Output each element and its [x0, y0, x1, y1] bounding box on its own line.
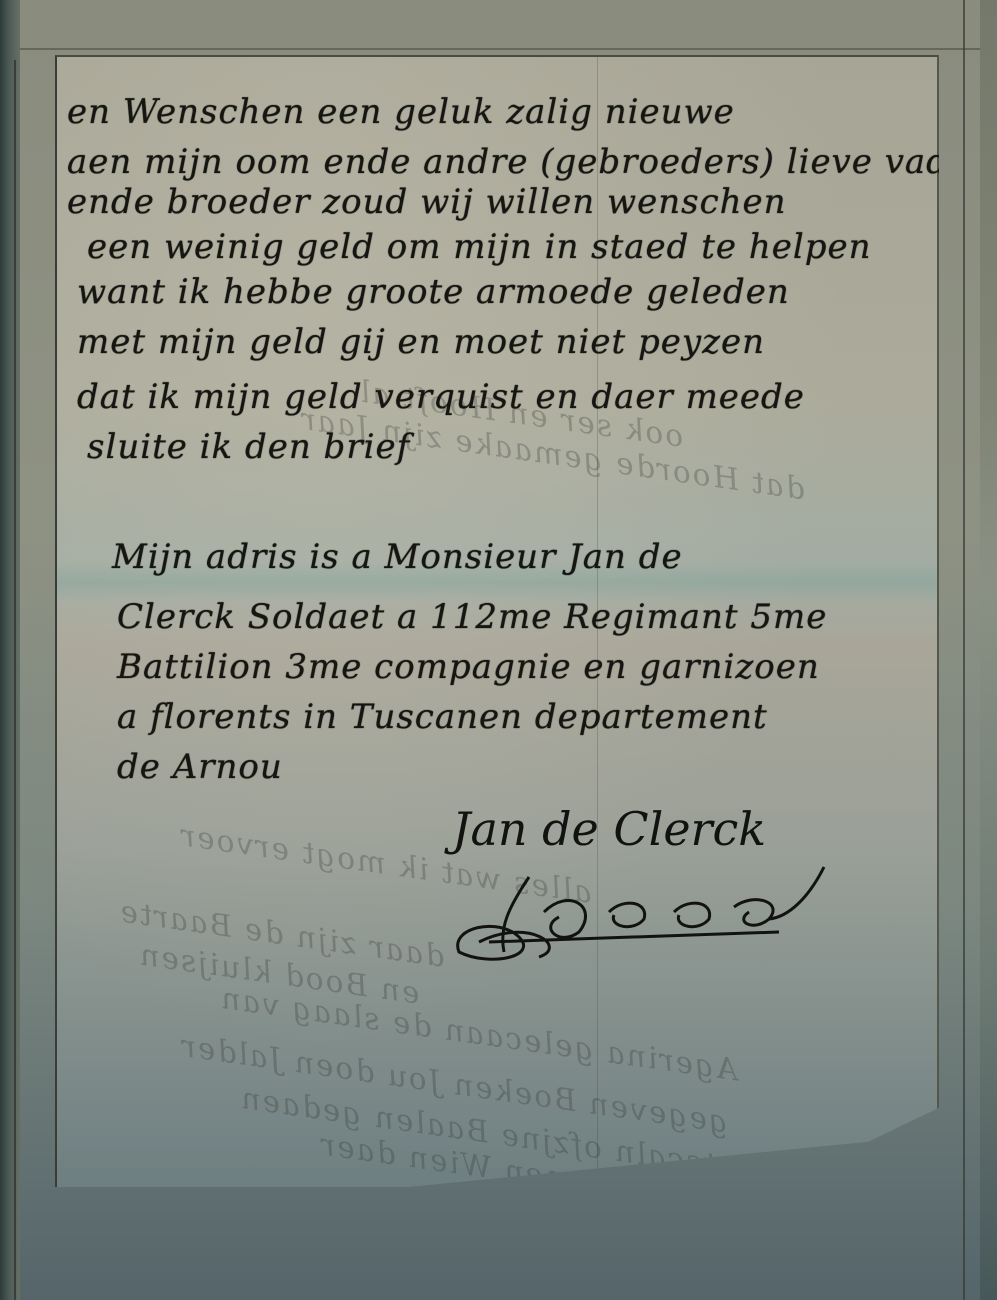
letter-line-7: dat ik mijn geld verquist en daer meede	[77, 377, 805, 417]
address-line-2: Clerck Soldaet a 112me Regimant 5me	[117, 597, 827, 637]
underlying-page-edge	[20, 48, 980, 50]
address-line-3: Battilion 3me compagnie en garnizoen	[117, 647, 820, 687]
address-line-1: Mijn adris is a Monsieur Jan de	[112, 537, 683, 577]
letter-line-2: aen mijn oom ende andre (gebroeders) lie…	[67, 142, 987, 182]
address-line-5: de Arnou	[117, 747, 283, 787]
letter-line-4: een weinig geld om mijn in staed te help…	[87, 227, 872, 267]
letter-line-1: en Wenschen een geluk zalig nieuwe	[67, 92, 735, 132]
letter-line-8: sluite ik den brief	[87, 427, 410, 467]
letter-line-5: want ik hebbe groote armoede geleden	[77, 272, 790, 312]
address-line-4: a florents in Tuscanen departement	[117, 697, 768, 737]
right-page-edge	[963, 0, 965, 1300]
binder-edge	[0, 0, 22, 1300]
letter-line-3: ende broeder zoud wij willen wenschen	[67, 182, 787, 222]
letter-line-6: met mijn geld gij en moet niet peyzen	[77, 322, 765, 362]
binder-line	[14, 60, 16, 1300]
signature: Jan de Clerck	[452, 802, 766, 856]
signature-flourish-icon	[449, 857, 829, 967]
letter-sheet: dat Hoorde gemaake zijn Jaar ook ser en …	[55, 55, 939, 1187]
